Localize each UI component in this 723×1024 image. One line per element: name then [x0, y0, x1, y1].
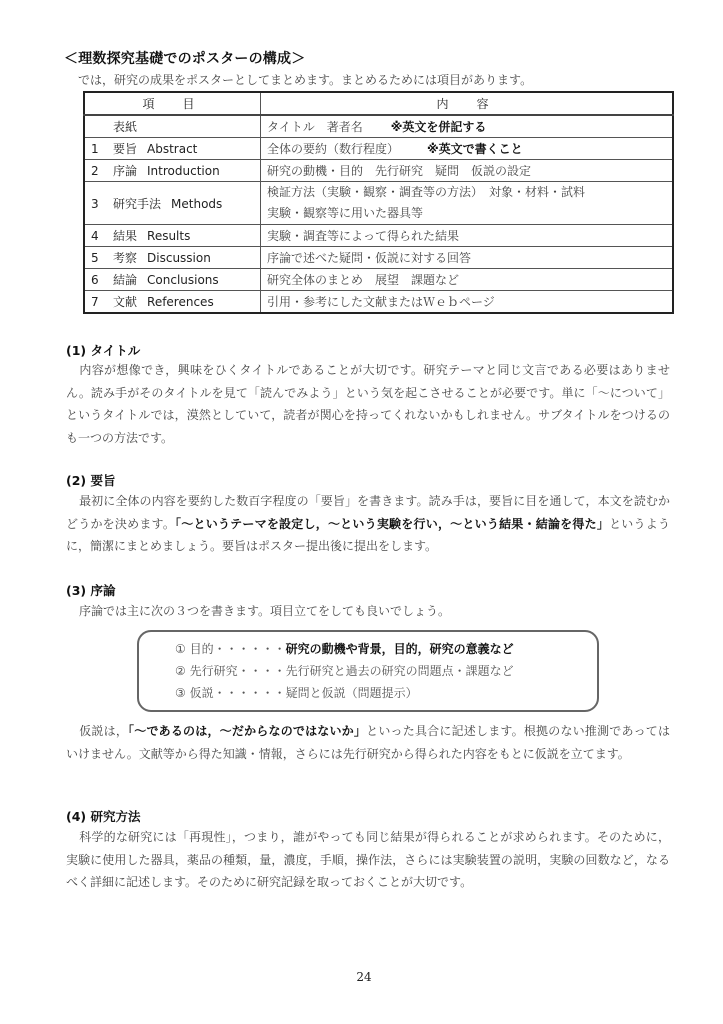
row-content-line2: 実験・観察等に用いた器具等 — [267, 203, 666, 224]
section-introduction-title: (3) 序論 — [66, 581, 115, 599]
row-number: 6 — [91, 273, 113, 287]
section-abstract-title: (2) 要旨 — [66, 471, 115, 489]
row-jp-label: 研究手法 — [113, 197, 161, 211]
row-content: 序論で述べた疑問・仮説に対する回答 — [267, 251, 471, 265]
list-item-label: ① 目的・・・・・・ — [175, 642, 286, 656]
row-en-label: Abstract — [147, 142, 197, 156]
section-hypothesis-paragraph: 仮説は，「～であるのは，～だからなのではないか」といった具合に記述します。根拠の… — [66, 720, 670, 765]
table-row: 3研究手法Methods 検証方法（実験・観察・調査等の方法） 対象・材料・試料… — [84, 182, 673, 225]
paragraph-text: 科学的な研究には「再現性」，つまり，誰がやっても同じ結果が得られることが求められ… — [66, 830, 670, 889]
row-jp-label: 考察 — [113, 251, 137, 265]
row-content: 研究全体のまとめ 展望 課題など — [267, 273, 459, 287]
emphasis-text: 「～であるのは，～だからなのではないか」 — [128, 724, 366, 738]
item-cell: 2序論Introduction — [84, 160, 261, 182]
table-row: 2序論Introduction 研究の動機・目的 先行研究 疑問 仮説の設定 — [84, 160, 673, 182]
table-row: 6結論Conclusions 研究全体のまとめ 展望 課題など — [84, 269, 673, 291]
introduction-items-list: ① 目的・・・・・・研究の動機や背景，目的，研究の意義など ② 先行研究・・・・… — [175, 638, 514, 704]
content-cell: 検証方法（実験・観察・調査等の方法） 対象・材料・試料実験・観察等に用いた器具等 — [261, 182, 674, 225]
table-row: 7文献References 引用・参考にした文献またはＷｅｂページ — [84, 291, 673, 314]
row-en-label: Methods — [171, 197, 222, 211]
row-en-label: Introduction — [147, 164, 220, 178]
section-methods-title: (4) 研究方法 — [66, 807, 140, 825]
content-cell: 実験・調査等によって得られた結果 — [261, 225, 674, 247]
row-content: 検証方法（実験・観察・調査等の方法） 対象・材料・試料 — [267, 182, 666, 203]
content-cell: タイトル 著者名※英文を併記する — [261, 115, 674, 138]
row-number: 5 — [91, 251, 113, 265]
intro-text: では，研究の成果をポスターとしてまとめます。まとめるためには項目があります。 — [78, 71, 532, 88]
row-note: ※英文で書くこと — [427, 142, 523, 156]
item-cell: 3研究手法Methods — [84, 182, 261, 225]
list-item-label: ② 先行研究・・・・ — [175, 664, 286, 678]
item-cell: 5考察Discussion — [84, 247, 261, 269]
poster-structure-table: 項 目 内 容 表紙 タイトル 著者名※英文を併記する 1要旨Abstract … — [83, 91, 674, 314]
item-cell: 7文献References — [84, 291, 261, 314]
content-cell: 序論で述べた疑問・仮説に対する回答 — [261, 247, 674, 269]
introduction-items-box: ① 目的・・・・・・研究の動機や背景，目的，研究の意義など ② 先行研究・・・・… — [137, 630, 599, 712]
list-item-label: ③ 仮説・・・・・・ — [175, 686, 286, 700]
header-content: 内 容 — [261, 92, 674, 115]
item-cell: 4結果Results — [84, 225, 261, 247]
page-heading: ＜理数探究基礎でのポスターの構成＞ — [64, 48, 305, 68]
table-row: 表紙 タイトル 著者名※英文を併記する — [84, 115, 673, 138]
row-jp-label: 表紙 — [113, 120, 137, 134]
table-row: 1要旨Abstract 全体の要約（数行程度）※英文で書くこと — [84, 138, 673, 160]
header-item: 項 目 — [84, 92, 261, 115]
item-cell: 6結論Conclusions — [84, 269, 261, 291]
table-row: 5考察Discussion 序論で述べた疑問・仮説に対する回答 — [84, 247, 673, 269]
row-jp-label: 結果 — [113, 229, 137, 243]
row-number: 7 — [91, 295, 113, 309]
row-en-label: Conclusions — [147, 273, 219, 287]
content-cell: 研究全体のまとめ 展望 課題など — [261, 269, 674, 291]
section-abstract-paragraph: 最初に全体の内容を要約した数百字程度の「要旨」を書きます。読み手は，要旨に目を通… — [66, 490, 670, 558]
section-title-paragraph: 内容が想像でき，興味をひくタイトルであることが大切です。研究テーマと同じ文言であ… — [66, 359, 670, 449]
list-item-text: 先行研究と過去の研究の問題点・課題など — [286, 664, 514, 678]
list-item: ② 先行研究・・・・先行研究と過去の研究の問題点・課題など — [175, 660, 514, 682]
row-content: 研究の動機・目的 先行研究 疑問 仮説の設定 — [267, 164, 531, 178]
paragraph-text: 序論では主に次の３つを書きます。項目立てをしても良いでしょう。 — [79, 604, 450, 618]
list-item: ③ 仮説・・・・・・疑問と仮説（問題提示） — [175, 682, 514, 704]
table-row: 4結果Results 実験・調査等によって得られた結果 — [84, 225, 673, 247]
page-number: 24 — [352, 970, 376, 984]
section-introduction-paragraph: 序論では主に次の３つを書きます。項目立てをしても良いでしょう。 — [66, 600, 670, 623]
content-cell: 研究の動機・目的 先行研究 疑問 仮説の設定 — [261, 160, 674, 182]
row-note: ※英文を併記する — [391, 120, 487, 134]
list-item-text: 疑問と仮説（問題提示） — [286, 686, 418, 700]
row-en-label: Results — [147, 229, 190, 243]
row-content: 引用・参考にした文献またはＷｅｂページ — [267, 295, 495, 309]
row-jp-label: 結論 — [113, 273, 137, 287]
row-content: 全体の要約（数行程度） — [267, 142, 399, 156]
row-en-label: References — [147, 295, 214, 309]
row-jp-label: 序論 — [113, 164, 137, 178]
list-item-text: 研究の動機や背景，目的，研究の意義など — [286, 642, 514, 656]
section-methods-paragraph: 科学的な研究には「再現性」，つまり，誰がやっても同じ結果が得られることが求められ… — [66, 826, 670, 894]
table-header-row: 項 目 内 容 — [84, 92, 673, 115]
row-content: タイトル 著者名 — [267, 120, 363, 134]
row-number: 1 — [91, 142, 113, 156]
paragraph-text: 内容が想像でき，興味をひくタイトルであることが大切です。研究テーマと同じ文言であ… — [66, 363, 670, 445]
row-content: 実験・調査等によって得られた結果 — [267, 229, 459, 243]
row-en-label: Discussion — [147, 251, 211, 265]
content-cell: 引用・参考にした文献またはＷｅｂページ — [261, 291, 674, 314]
row-number: 4 — [91, 229, 113, 243]
list-item: ① 目的・・・・・・研究の動機や背景，目的，研究の意義など — [175, 638, 514, 660]
paragraph-text: 仮説は， — [79, 724, 128, 738]
row-number: 2 — [91, 164, 113, 178]
item-cell: 1要旨Abstract — [84, 138, 261, 160]
row-number: 3 — [91, 197, 113, 211]
content-cell: 全体の要約（数行程度）※英文で書くこと — [261, 138, 674, 160]
emphasis-text: 「～というテーマを設定し，～という実験を行い，～という結果・結論を得た」 — [175, 517, 609, 531]
row-jp-label: 要旨 — [113, 142, 137, 156]
item-cell: 表紙 — [84, 115, 261, 138]
row-jp-label: 文献 — [113, 295, 137, 309]
section-title-title: (1) タイトル — [66, 341, 140, 359]
